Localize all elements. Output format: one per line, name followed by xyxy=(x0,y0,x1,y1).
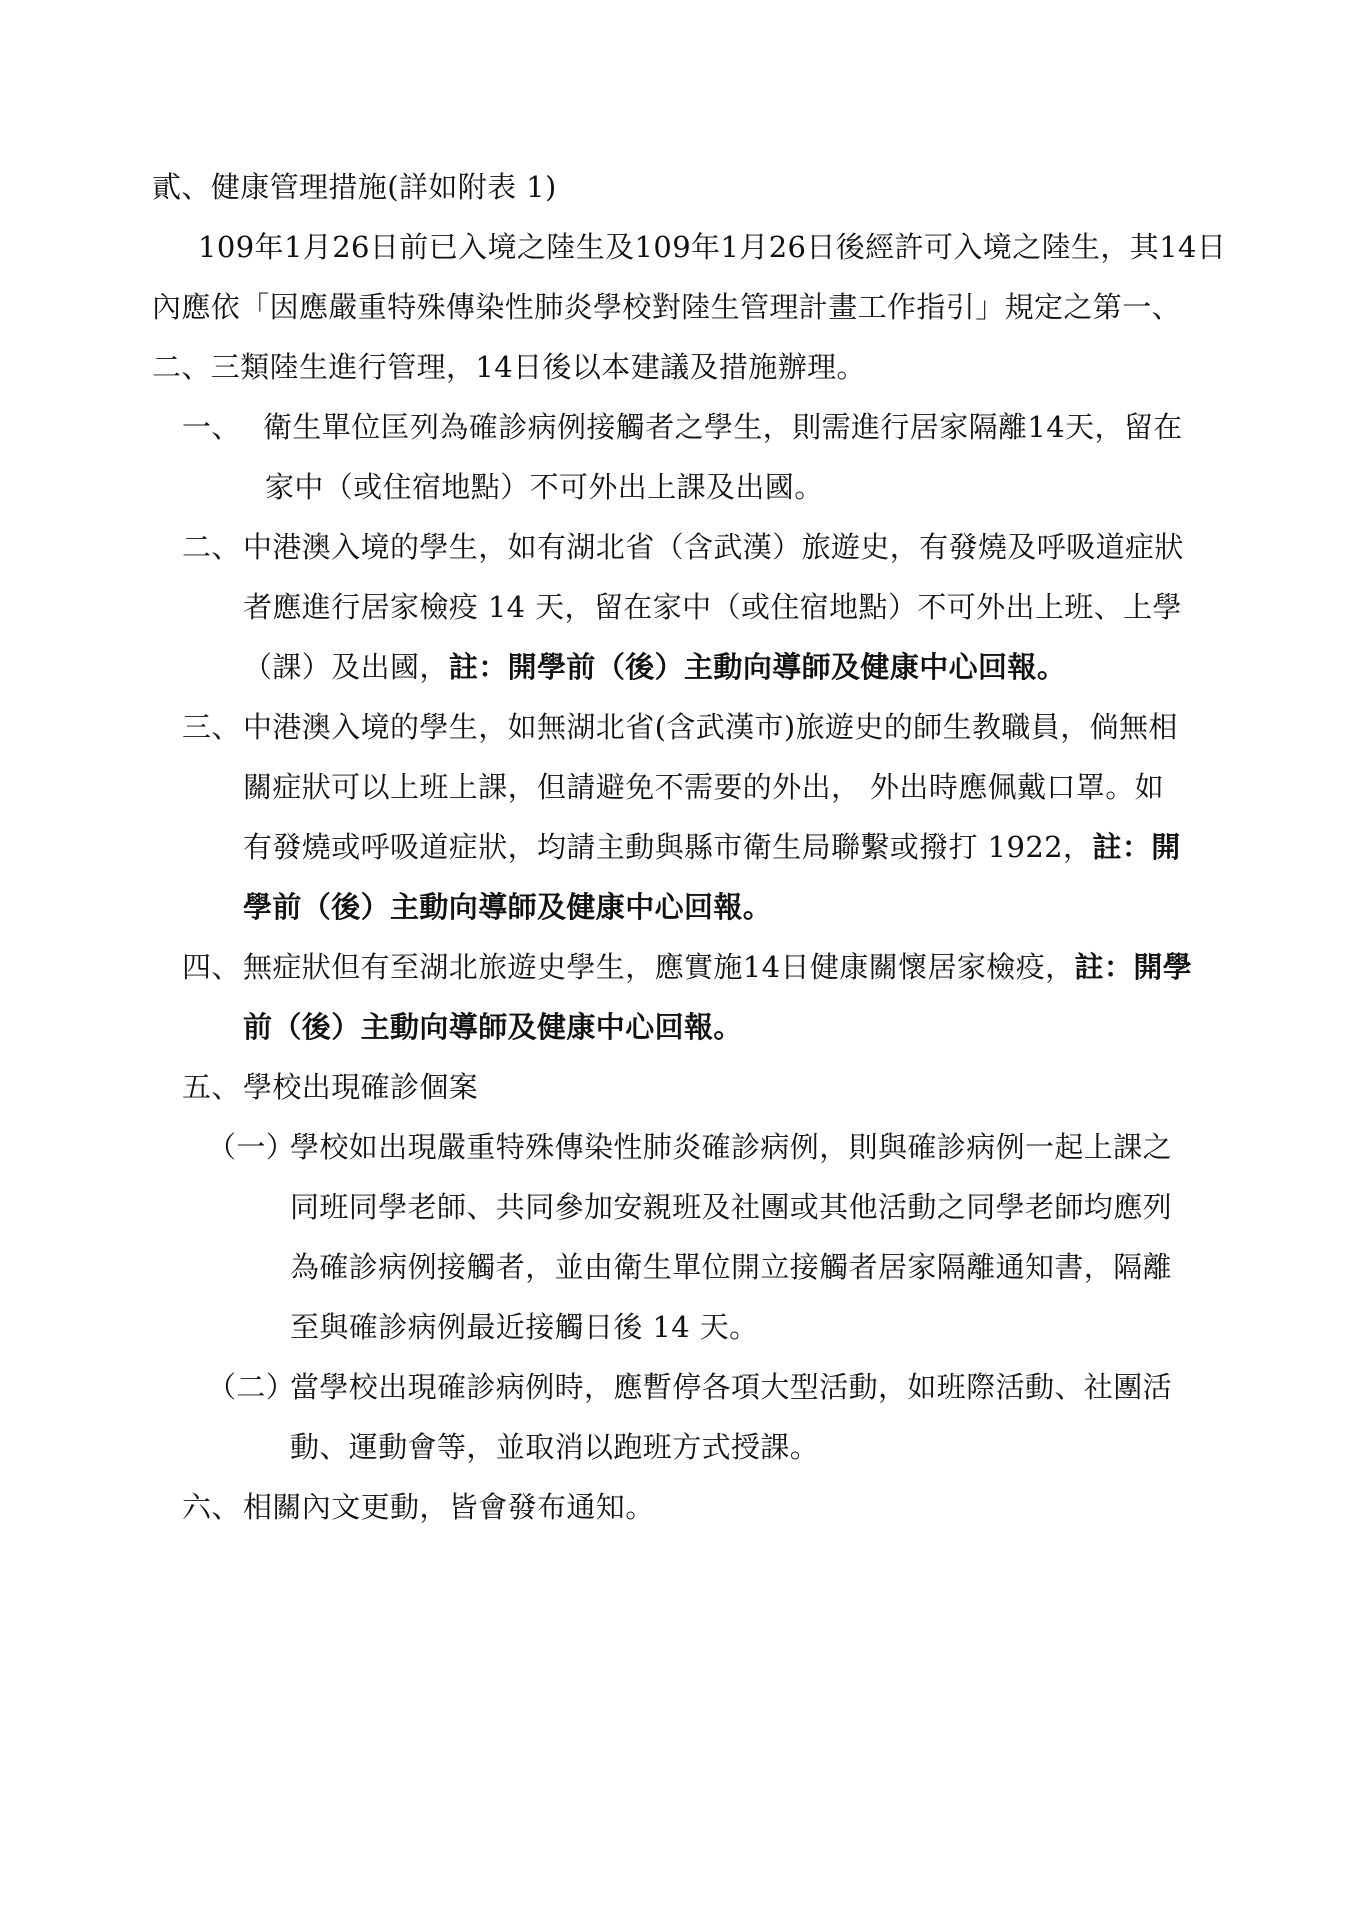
item-number-label: 二、 xyxy=(182,517,243,577)
body-text: 者應進行居家檢疫 14 天，留在家中（或住宿地點）不可外出上班、上學 xyxy=(243,590,1182,624)
list-item: 六、相關內文更動，皆會發布通知。 xyxy=(182,1477,655,1537)
item-number-label: （二） xyxy=(207,1357,290,1417)
body-text: 相關內文更動，皆會發布通知。 xyxy=(243,1490,655,1524)
body-text: 動、運動會等，並取消以跑班方式授課。 xyxy=(290,1430,819,1464)
document-page: 貳、健康管理措施(詳如附表 1)109年1月26日前已入境之陸生及109年1月2… xyxy=(0,0,1357,1920)
intro-paragraph-line: 內應依「因應嚴重特殊傳染性肺炎學校對陸生管理計畫工作指引」規定之第一、 xyxy=(152,277,1181,337)
paragraph-line: 有發燒或呼吸道症狀，均請主動與縣市衛生局聯繫或撥打 1922，註：開 xyxy=(243,817,1181,877)
body-text: 家中（或住宿地點）不可外出上課及出國。 xyxy=(265,470,824,504)
body-text: 學校出現確診個案 xyxy=(243,1070,478,1104)
list-item: 二、中港澳入境的學生，如有湖北省（含武漢）旅遊史，有發燒及呼吸道症狀 xyxy=(182,517,1184,577)
note-bold-text: 學前（後）主動向導師及健康中心回報。 xyxy=(243,890,772,924)
note-bold-text: 註：開學前（後）主動向導師及健康中心回報。 xyxy=(449,650,1066,684)
list-item: 三、中港澳入境的學生，如無湖北省(含武漢市)旅遊史的師生教職員，倘無相 xyxy=(182,697,1178,757)
item-number-label: 一、 xyxy=(182,397,263,457)
paragraph-line: 動、運動會等，並取消以跑班方式授課。 xyxy=(290,1417,819,1477)
paragraph-line: 關症狀可以上班上課，但請避免不需要的外出， 外出時應佩戴口罩。如 xyxy=(243,757,1164,817)
paragraph-line: 至與確診病例最近接觸日後 14 天。 xyxy=(290,1297,759,1357)
section-heading: 貳、健康管理措施(詳如附表 1) xyxy=(152,157,557,217)
body-text: 貳、健康管理措施(詳如附表 1) xyxy=(152,170,557,204)
paragraph-line: 家中（或住宿地點）不可外出上課及出國。 xyxy=(265,457,824,517)
body-text: 衛生單位匡列為確診病例接觸者之學生，則需進行居家隔離14天，留在 xyxy=(263,410,1183,444)
body-text: 為確診病例接觸者，並由衛生單位開立接觸者居家隔離通知書，隔離 xyxy=(290,1250,1172,1284)
paragraph-line: （課）及出國，註：開學前（後）主動向導師及健康中心回報。 xyxy=(243,637,1066,697)
item-number-label: （一） xyxy=(207,1117,290,1177)
body-text: 同班同學老師、共同參加安親班及社團或其他活動之同學老師均應列 xyxy=(290,1190,1172,1224)
paragraph-line: 前（後）主動向導師及健康中心回報。 xyxy=(243,997,743,1057)
body-text: 中港澳入境的學生，如有湖北省（含武漢）旅遊史，有發燒及呼吸道症狀 xyxy=(243,530,1184,564)
body-text: 學校如出現嚴重特殊傳染性肺炎確診病例，則與確診病例一起上課之 xyxy=(290,1130,1172,1164)
item-number-label: 三、 xyxy=(182,697,243,757)
item-number-label: 四、 xyxy=(182,937,243,997)
body-text: 中港澳入境的學生，如無湖北省(含武漢市)旅遊史的師生教職員，倘無相 xyxy=(243,710,1178,744)
list-item: 四、無症狀但有至湖北旅遊史學生，應實施14日健康關懷居家檢疫，註：開學 xyxy=(182,937,1192,997)
item-number-label: 六、 xyxy=(182,1477,243,1537)
body-text: 至與確診病例最近接觸日後 14 天。 xyxy=(290,1310,759,1344)
paragraph-line: 學前（後）主動向導師及健康中心回報。 xyxy=(243,877,772,937)
list-item: 一、衛生單位匡列為確診病例接觸者之學生，則需進行居家隔離14天，留在 xyxy=(182,397,1183,457)
sub-list-item: （一）學校如出現嚴重特殊傳染性肺炎確診病例，則與確診病例一起上課之 xyxy=(207,1117,1172,1177)
body-text: 有發燒或呼吸道症狀，均請主動與縣市衛生局聯繫或撥打 1922， xyxy=(243,830,1092,864)
body-text: 內應依「因應嚴重特殊傳染性肺炎學校對陸生管理計畫工作指引」規定之第一、 xyxy=(152,290,1181,324)
paragraph-line: 同班同學老師、共同參加安親班及社團或其他活動之同學老師均應列 xyxy=(290,1177,1172,1237)
body-text: 二、三類陸生進行管理，14日後以本建議及措施辦理。 xyxy=(152,350,866,384)
intro-paragraph-line: 109年1月26日前已入境之陸生及109年1月26日後經許可入境之陸生，其14日 xyxy=(198,217,1226,277)
note-bold-text: 前（後）主動向導師及健康中心回報。 xyxy=(243,1010,743,1044)
body-text: （課）及出國， xyxy=(243,650,449,684)
intro-paragraph-line: 二、三類陸生進行管理，14日後以本建議及措施辦理。 xyxy=(152,337,866,397)
body-text: 關症狀可以上班上課，但請避免不需要的外出， 外出時應佩戴口罩。如 xyxy=(243,770,1164,804)
note-bold-text: 註：開學 xyxy=(1075,950,1193,984)
body-text: 當學校出現確診病例時，應暫停各項大型活動，如班際活動、社團活 xyxy=(290,1370,1172,1404)
body-text: 109年1月26日前已入境之陸生及109年1月26日後經許可入境之陸生，其14日 xyxy=(198,230,1226,264)
paragraph-line: 者應進行居家檢疫 14 天，留在家中（或住宿地點）不可外出上班、上學 xyxy=(243,577,1182,637)
item-number-label: 五、 xyxy=(182,1057,243,1117)
list-item: 五、學校出現確診個案 xyxy=(182,1057,478,1117)
paragraph-line: 為確診病例接觸者，並由衛生單位開立接觸者居家隔離通知書，隔離 xyxy=(290,1237,1172,1297)
note-bold-text: 註：開 xyxy=(1092,830,1180,864)
sub-list-item: （二）當學校出現確診病例時，應暫停各項大型活動，如班際活動、社團活 xyxy=(207,1357,1172,1417)
body-text: 無症狀但有至湖北旅遊史學生，應實施14日健康關懷居家檢疫， xyxy=(243,950,1075,984)
